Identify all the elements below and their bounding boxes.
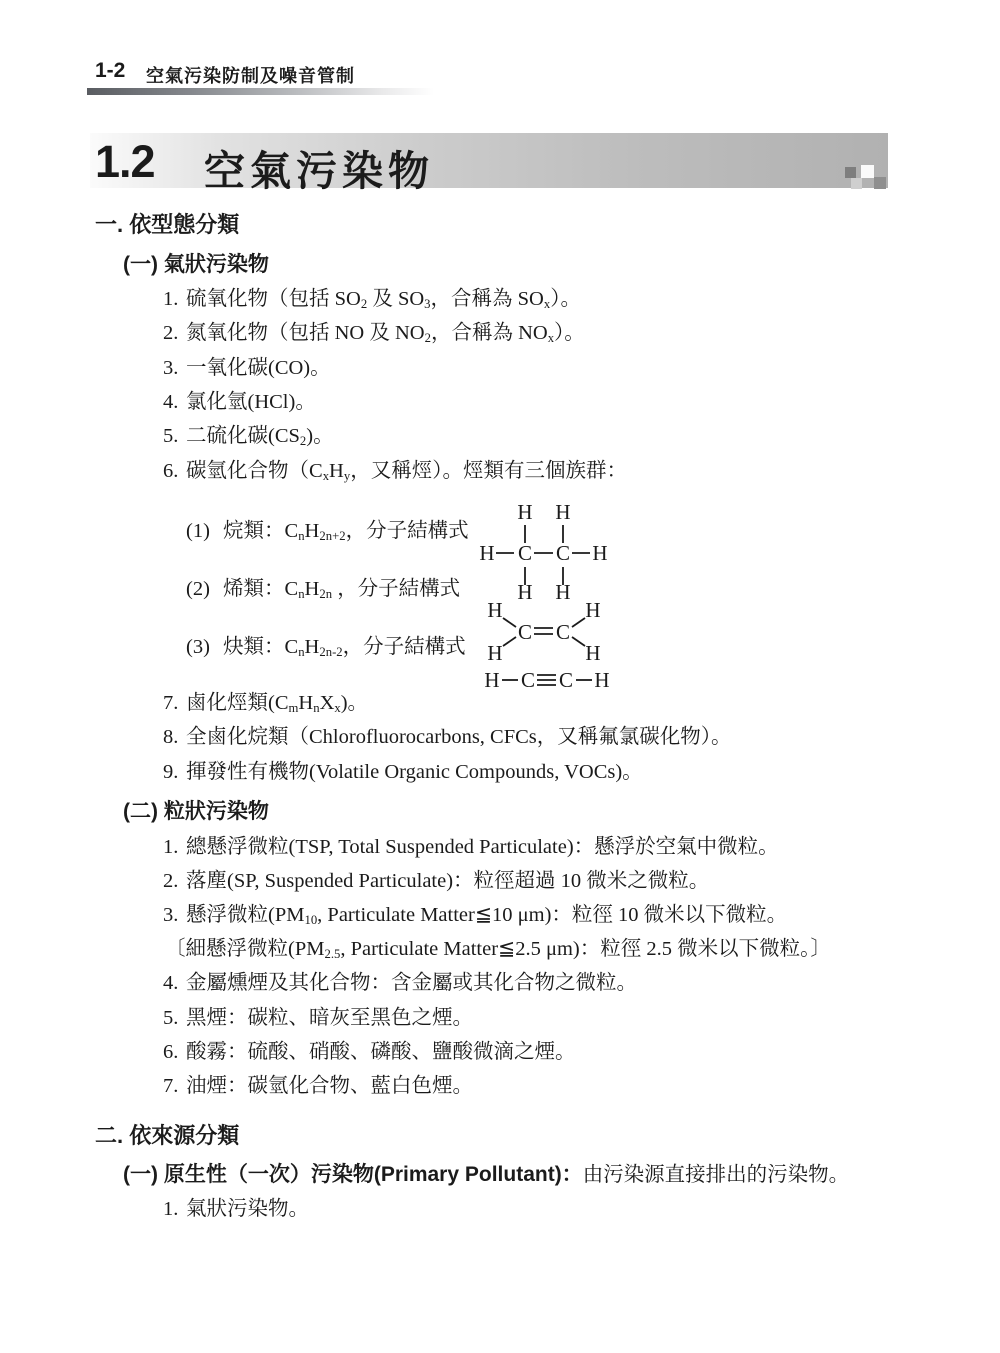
list-item: 1.總懸浮微粒(TSP, Total Suspended Particulate… xyxy=(163,835,779,860)
item-text: 〔細懸浮微粒(PM2.5, Particulate Matter≦2.5 μm)… xyxy=(165,938,831,960)
header-gradient-bar xyxy=(87,88,434,95)
item-text: 落塵(SP, Suspended Particulate)：粒徑超過 10 微米… xyxy=(186,870,709,892)
list-item: 6.酸霧：硫酸、硝酸、磷酸、鹽酸微滴之煙。 xyxy=(163,1040,576,1065)
item-text: 氣狀污染物。 xyxy=(186,1198,309,1220)
list-item: 7.鹵化烴類(CmHnXx)。 xyxy=(163,691,368,716)
item-number: (1) xyxy=(186,519,223,544)
chapter-title: 空氣污染防制及噪音管制 xyxy=(146,62,355,88)
list-item: 4.金屬燻煙及其化合物：含金屬或其化合物之微粒。 xyxy=(163,971,637,996)
item-number: 9. xyxy=(163,760,186,785)
atom-label: H xyxy=(517,500,532,524)
section-heading-type: 一. 依型態分類 xyxy=(95,212,239,238)
atom-label: H xyxy=(585,641,600,665)
item-number: 5. xyxy=(163,1006,186,1031)
acetylene-structure: H C C H xyxy=(484,668,609,692)
item-number: (2) xyxy=(186,577,223,602)
item-text: 油煙：碳氫化合物、藍白色煙。 xyxy=(186,1075,473,1097)
item-number: 5. xyxy=(163,424,186,449)
item-number: 3. xyxy=(163,903,186,928)
item-text: 揮發性有機物(Volatile Organic Compounds, VOCs)… xyxy=(186,761,643,783)
ethylene-structure: H H C C H H xyxy=(487,598,600,665)
item-number: 2. xyxy=(163,321,186,346)
subsection-heading-primary: (一) 原生性（一次）污染物(Primary Pollutant)：由污染源直接… xyxy=(123,1162,849,1188)
atom-label: H xyxy=(555,500,570,524)
atom-label: H xyxy=(487,598,502,622)
item-text: 烷類：CnH2n+2，分子結構式 xyxy=(223,520,469,542)
item-number: 1. xyxy=(163,835,186,860)
item-text: 二硫化碳(CS2)。 xyxy=(186,425,334,447)
list-item: 2.落塵(SP, Suspended Particulate)：粒徑超過 10 … xyxy=(163,869,709,894)
item-number: 7. xyxy=(163,1074,186,1099)
atom-label: H xyxy=(555,580,570,604)
atom-label: C xyxy=(556,541,570,565)
list-item: 9.揮發性有機物(Volatile Organic Compounds, VOC… xyxy=(163,760,643,785)
item-number: 4. xyxy=(163,390,186,415)
subsection-heading-bold: (一) 原生性（一次）污染物(Primary Pollutant)： xyxy=(123,1163,583,1186)
list-item: 3.懸浮微粒(PM10, Particulate Matter≦10 μm)：粒… xyxy=(163,903,787,928)
atom-label: H xyxy=(594,668,609,692)
item-text: 鹵化烴類(CmHnXx)。 xyxy=(186,692,368,714)
section-title: 空氣污染物 xyxy=(204,138,434,197)
item-text: 炔類：CnH2n-2，分子結構式 xyxy=(223,636,466,658)
section-heading-source: 二. 依來源分類 xyxy=(95,1123,239,1149)
atom-label: H xyxy=(484,668,499,692)
item-text: 黑煙：碳粒、暗灰至黑色之煙。 xyxy=(186,1007,473,1029)
item-text: 一氧化碳(CO)。 xyxy=(186,357,331,379)
section-banner: 1.2 空氣污染物 xyxy=(90,133,888,188)
list-item: 8.全鹵化烷類（Chlorofluorocarbons, CFCs，又稱氟氯碳化… xyxy=(163,725,732,750)
item-text: 懸浮微粒(PM10, Particulate Matter≦10 μm)：粒徑 … xyxy=(186,904,787,926)
ethane-structure: H H H C C H H H xyxy=(479,500,607,604)
item-number: 1. xyxy=(163,287,186,312)
molecular-structure-diagrams: H H H C C H H H H H C C H xyxy=(468,497,658,697)
atom-label: H xyxy=(479,541,494,565)
atom-label: C xyxy=(521,668,535,692)
pixel-decoration xyxy=(874,177,886,189)
pixel-decoration xyxy=(861,165,874,178)
item-number: 3. xyxy=(163,356,186,381)
list-item: 5.黑煙：碳粒、暗灰至黑色之煙。 xyxy=(163,1006,473,1031)
hydrocarbon-family-item: (2)烯類：CnH2n ，分子結構式 xyxy=(186,577,460,602)
item-number: 7. xyxy=(163,691,186,716)
item-number: 1. xyxy=(163,1197,186,1222)
list-item: 7.油煙：碳氫化合物、藍白色煙。 xyxy=(163,1074,473,1099)
item-number: (3) xyxy=(186,635,223,660)
pixel-decoration xyxy=(851,178,862,189)
list-item: 2.氮氧化物（包括 NO 及 NO2，合稱為 NOx）。 xyxy=(163,321,585,346)
subsection-heading-particulate: (二) 粒狀污染物 xyxy=(123,799,269,824)
atom-label: C xyxy=(559,668,573,692)
list-item: 1.氣狀污染物。 xyxy=(163,1197,309,1222)
list-item: 5.二硫化碳(CS2)。 xyxy=(163,424,334,449)
item-text: 氯化氫(HCl)。 xyxy=(186,391,316,413)
item-text: 總懸浮微粒(TSP, Total Suspended Particulate)：… xyxy=(186,836,779,858)
list-item: 4.氯化氫(HCl)。 xyxy=(163,390,316,415)
item-text: 金屬燻煙及其化合物：含金屬或其化合物之微粒。 xyxy=(186,972,637,994)
pixel-decoration xyxy=(845,167,856,178)
item-number: 6. xyxy=(163,1040,186,1065)
item-text: 酸霧：硫酸、硝酸、磷酸、鹽酸微滴之煙。 xyxy=(186,1041,576,1063)
atom-label: C xyxy=(518,541,532,565)
atom-label: C xyxy=(556,620,570,644)
item-text: 硫氧化物（包括 SO2 及 SO3，合稱為 SOx）。 xyxy=(186,288,581,310)
item-text: 全鹵化烷類（Chlorofluorocarbons, CFCs，又稱氟氯碳化物）… xyxy=(186,726,732,748)
atom-label: H xyxy=(517,580,532,604)
item-text: 氮氧化物（包括 NO 及 NO2，合稱為 NOx）。 xyxy=(186,322,585,344)
list-item: 6.碳氫化合物（CxHy，又稱烴）。烴類有三個族群： xyxy=(163,459,627,484)
item-number: 4. xyxy=(163,971,186,996)
section-number: 1.2 xyxy=(95,136,155,188)
list-item-note: 〔細懸浮微粒(PM2.5, Particulate Matter≦2.5 μm)… xyxy=(165,937,831,962)
item-number: 8. xyxy=(163,725,186,750)
list-item: 3.一氧化碳(CO)。 xyxy=(163,356,331,381)
atom-label: C xyxy=(518,620,532,644)
document-page: 1-2 空氣污染防制及噪音管制 1.2 空氣污染物 一. 依型態分類 (一) 氣… xyxy=(0,0,1000,1353)
item-text: 碳氫化合物（CxHy，又稱烴）。烴類有三個族群： xyxy=(186,460,627,482)
atom-label: H xyxy=(585,598,600,622)
atom-label: H xyxy=(592,541,607,565)
hydrocarbon-family-item: (3)炔類：CnH2n-2，分子結構式 xyxy=(186,635,466,660)
hydrocarbon-family-item: (1)烷類：CnH2n+2，分子結構式 xyxy=(186,519,469,544)
page-number: 1-2 xyxy=(95,59,125,83)
item-number: 2. xyxy=(163,869,186,894)
subsection-heading-gaseous: (一) 氣狀污染物 xyxy=(123,252,269,277)
list-item: 1.硫氧化物（包括 SO2 及 SO3，合稱為 SOx）。 xyxy=(163,287,581,312)
atom-label: H xyxy=(487,641,502,665)
item-text: 烯類：CnH2n ，分子結構式 xyxy=(223,578,460,600)
item-number: 6. xyxy=(163,459,186,484)
subsection-heading-tail: 由污染源直接排出的污染物。 xyxy=(583,1164,850,1186)
